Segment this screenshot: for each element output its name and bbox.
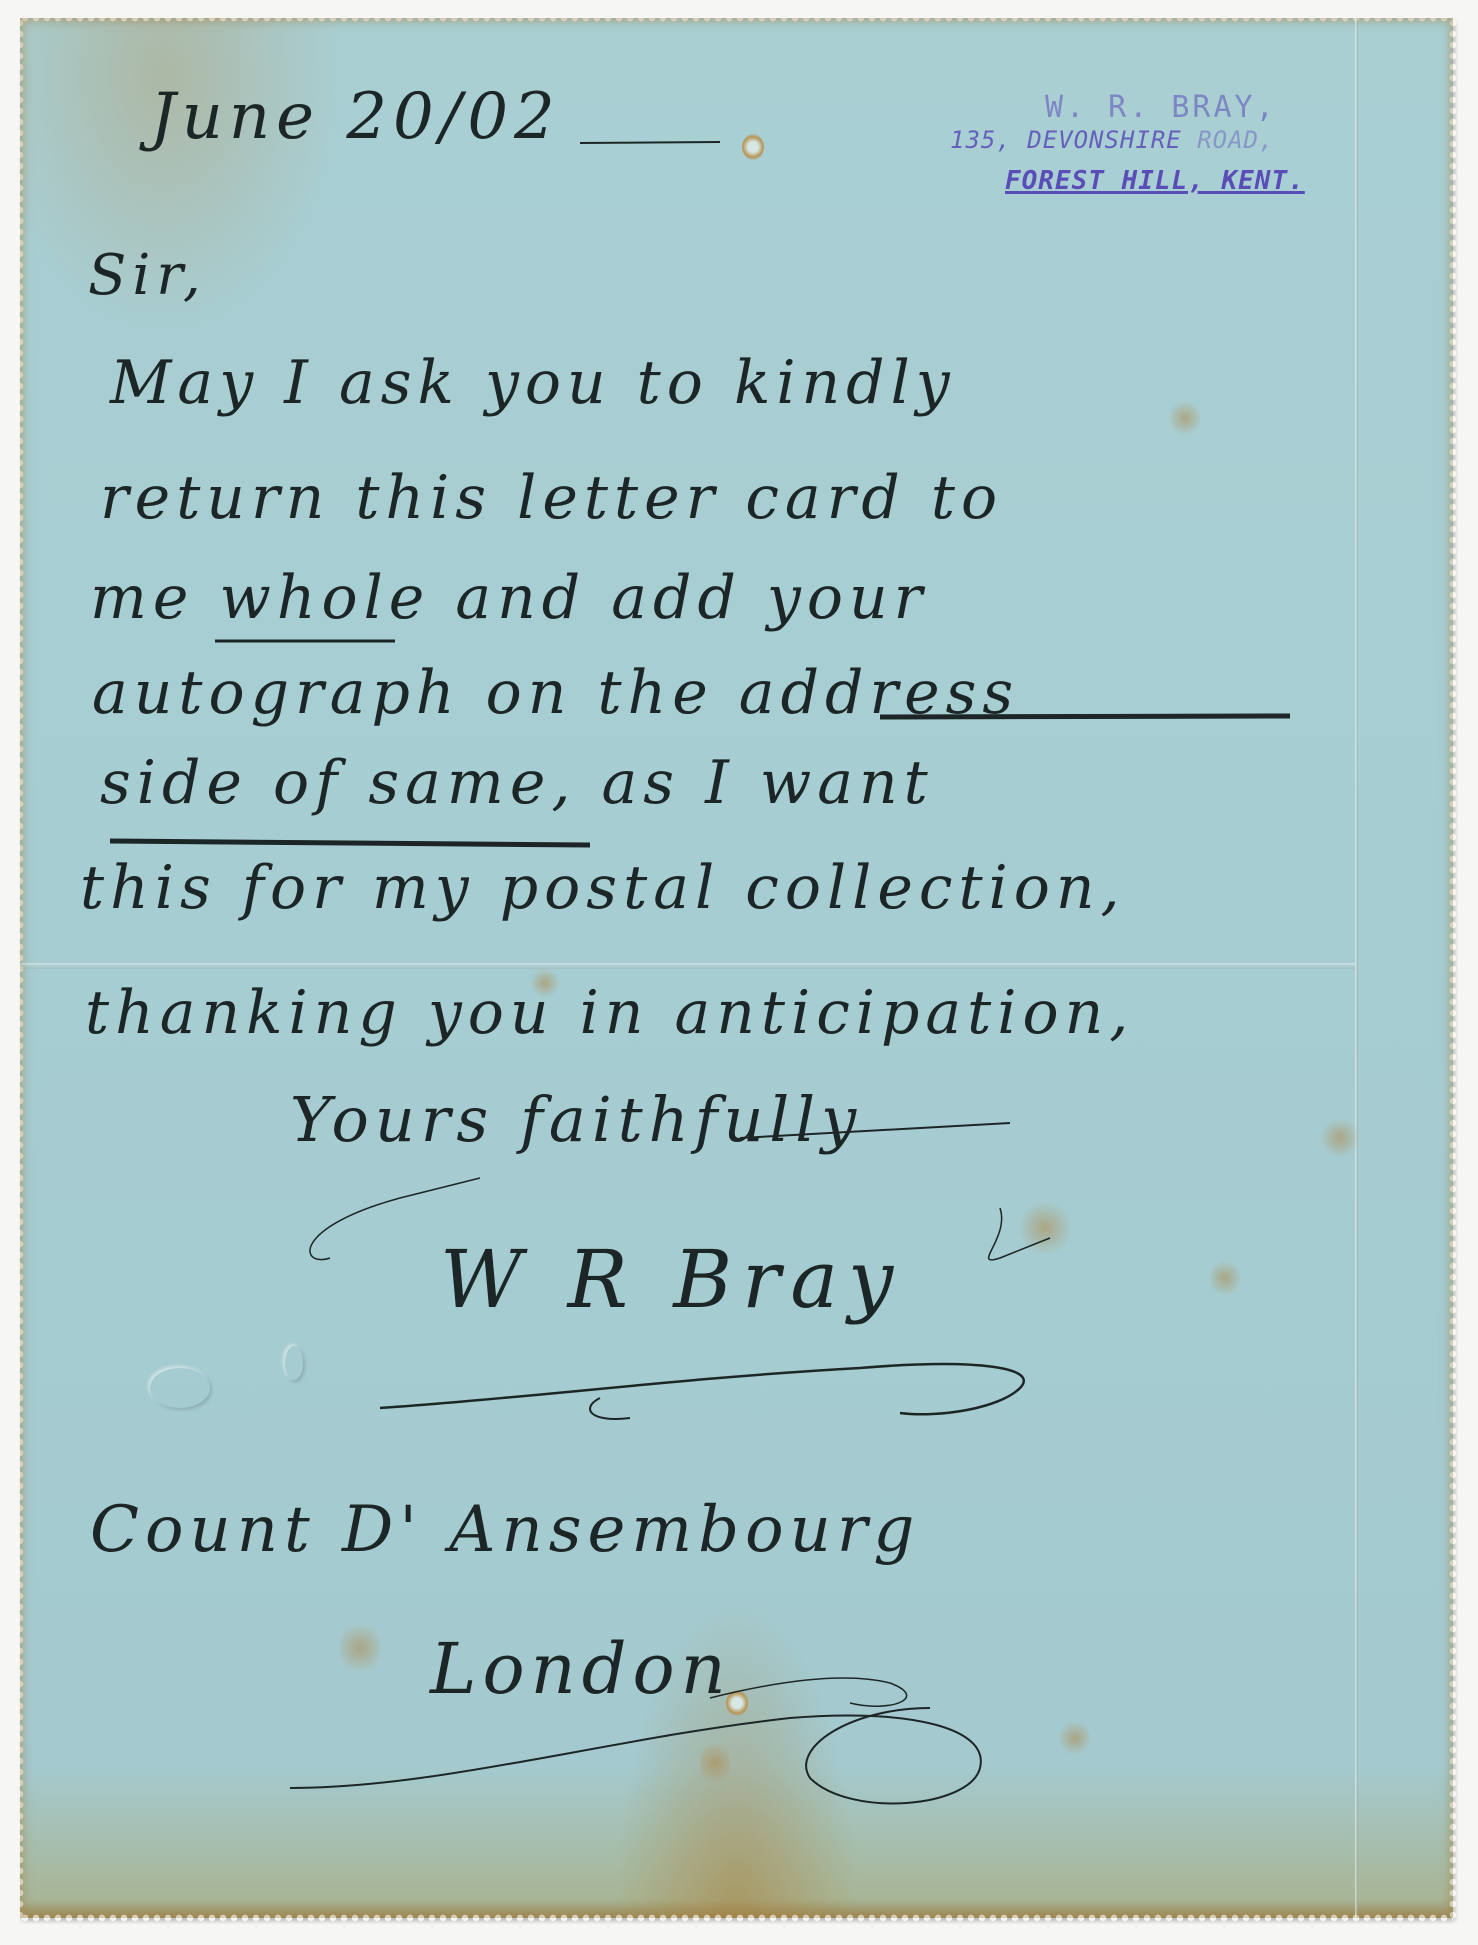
- body-line-3: me whole and add your: [90, 563, 928, 633]
- underline-side-of-same: [110, 836, 610, 850]
- underline-the-address: [880, 711, 1300, 723]
- stamp-street-text: 135, DEVONSHIRE: [950, 126, 1182, 154]
- paper-emboss: [150, 1368, 210, 1408]
- underline-whole: [215, 636, 415, 646]
- perforated-edge-top: [20, 14, 1453, 22]
- stamp-street-suffix: ROAD,: [1197, 126, 1274, 154]
- body-line-6: this for my postal collection,: [80, 853, 1126, 923]
- letter-card: W. R. BRAY, 135, DEVONSHIRE ROAD, FOREST…: [20, 18, 1453, 1918]
- perforated-edge-right: [1449, 18, 1457, 1918]
- date-underline-flourish: [580, 138, 720, 148]
- vertical-fold-line: [1355, 18, 1358, 1918]
- body-line-2: return this letter card to: [100, 463, 1003, 533]
- stamp-street: 135, DEVONSHIRE ROAD,: [950, 126, 1274, 154]
- horizontal-fold-crease: [20, 963, 1355, 969]
- letter-salutation: Sir,: [88, 243, 207, 308]
- letter-date: June 20/02: [150, 80, 561, 154]
- pin-hole-top: [742, 134, 764, 160]
- recipient-name: Count D' Ansembourg: [90, 1493, 920, 1567]
- body-line-1: May I ask you to kindly: [110, 348, 956, 418]
- foxing-spot: [1210, 1258, 1240, 1298]
- london-flourish: [290, 1658, 1010, 1838]
- letter-signature: W R Bray: [440, 1233, 903, 1326]
- paper-emboss: [285, 1346, 303, 1380]
- body-line-7: thanking you in anticipation,: [85, 978, 1134, 1048]
- foxing-spot: [1060, 1718, 1090, 1758]
- foxing-spot: [1320, 1118, 1360, 1158]
- body-line-5: side of same, as I want: [100, 748, 934, 818]
- foxing-spot: [1170, 398, 1200, 438]
- perforated-edge-bottom: [20, 1914, 1453, 1922]
- stamp-town: FOREST HILL, KENT.: [1005, 166, 1305, 196]
- stamp-name: W. R. BRAY,: [1045, 90, 1277, 125]
- signature-flourish: [380, 1338, 1080, 1428]
